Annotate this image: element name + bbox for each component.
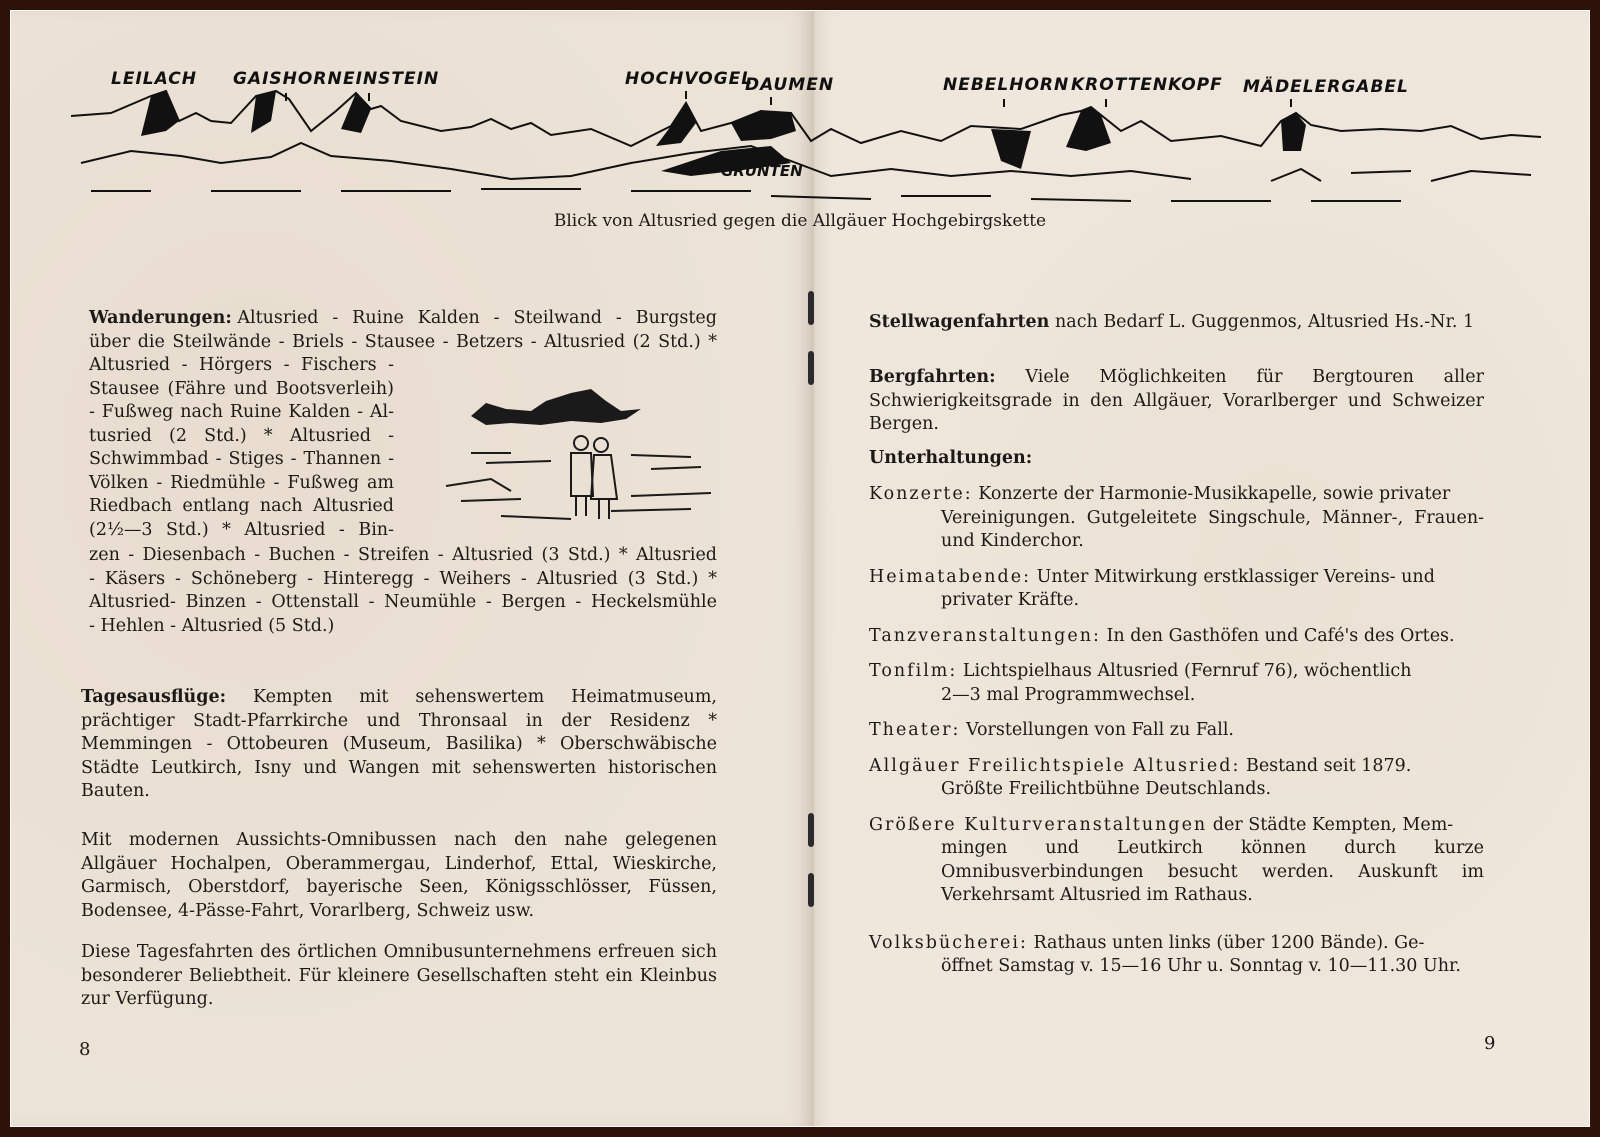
- staple: [808, 351, 814, 385]
- wanderungen-line: Altusried - Hörgers - Fischers -: [89, 354, 394, 378]
- peak-label: KROTTENKOPF: [1071, 75, 1223, 95]
- peak-label: EINSTEIN: [343, 69, 439, 89]
- entry-text: Bestand seit 1879.: [1246, 756, 1411, 776]
- booklet-spread: GRÜNTEN LEILACH GAISHORN EINSTEIN HOCHVO…: [10, 10, 1590, 1127]
- unterhaltungen-heading-text: Unterhaltungen:: [869, 448, 1032, 468]
- entry-text: 2—3 mal Programmwechsel.: [869, 684, 1484, 708]
- entry-text: Konzerte der Harmonie-Musikkapelle, sowi…: [978, 484, 1450, 504]
- wanderungen-heading: Wanderungen:: [89, 308, 232, 328]
- stellwagen-heading: Stellwagenfahrten: [869, 312, 1049, 332]
- entry-label: Konzerte:: [869, 484, 973, 504]
- wanderungen-section: Wanderungen: Altusried - Ruine Kalden - …: [89, 307, 717, 354]
- wanderungen-line: - Käsers - Schöneberg - Hinteregg - Weih…: [89, 568, 717, 592]
- peak-label-gruenten: GRÜNTEN: [721, 161, 803, 180]
- entry-kulturveranstaltungen: Größere Kulturveranstaltungen der Städte…: [869, 814, 1484, 908]
- wanderungen-line: Riedbach entlang nach Altusried: [89, 495, 394, 519]
- wanderungen-line: (2½—3 Std.) * Altusried - Bin-: [89, 519, 394, 543]
- hikers-illustration: [431, 381, 721, 531]
- panorama-caption: Blick von Altusried gegen die Allgäuer H…: [11, 211, 1589, 231]
- unterhaltungen-list: Konzerte: Konzerte der Harmonie-Musikkap…: [869, 483, 1484, 991]
- entry-text: Rathaus unten links (über 1200 Bände). G…: [1033, 933, 1424, 953]
- entry-theater: Theater: Vorstellungen von Fall zu Fall.: [869, 719, 1484, 743]
- tagesausfluege-section: Tagesausflüge: Kempten mit sehenswertem …: [81, 686, 717, 804]
- staple: [808, 873, 814, 907]
- entry-heimatabende: Heimatabende: Unter Mitwirkung erstklass…: [869, 566, 1484, 613]
- entry-freilichtspiele: Allgäuer Freilichtspiele Altusried: Best…: [869, 755, 1484, 802]
- wanderungen-line: Altusried- Binzen - Ottenstall - Neumühl…: [89, 591, 717, 615]
- entry-label: Volksbücherei:: [869, 933, 1028, 953]
- peak-label: NEBELHORN: [943, 75, 1069, 95]
- unterhaltungen-heading: Unterhaltungen:: [869, 447, 1484, 471]
- wanderungen-line: tusried (2 Std.) * Altusried -: [89, 425, 394, 449]
- page-number-right: 9: [1484, 1033, 1495, 1054]
- bergfahrten-section: Bergfahrten: Viele Möglichkeiten für Ber…: [869, 366, 1484, 437]
- wanderungen-line: - Hehlen - Altusried (5 Std.): [89, 615, 717, 639]
- bergfahrten-heading: Bergfahrten:: [869, 367, 996, 387]
- wanderungen-narrow-column: Altusried - Hörgers - Fischers - Stausee…: [89, 354, 394, 542]
- wanderungen-line: Altusried - Ruine Kalden - Steilwand - B…: [237, 307, 717, 331]
- entry-tanzveranstaltungen: Tanzveranstaltungen: In den Gasthöfen un…: [869, 625, 1484, 649]
- entry-text: privater Kräfte.: [869, 589, 1484, 613]
- entry-text: mingen und Leutkirch können durch kurze …: [869, 837, 1484, 908]
- tagesausfluege-heading: Tagesausflüge:: [81, 687, 226, 707]
- entry-text: Vorstellungen von Fall zu Fall.: [966, 720, 1234, 740]
- entry-text: Unter Mitwirkung erstklassiger Vereins- …: [1037, 567, 1435, 587]
- entry-label: Theater:: [869, 720, 960, 740]
- entry-label: Tonfilm:: [869, 661, 957, 681]
- entry-volksbuecherei: Volksbücherei: Rathaus unten links (über…: [869, 932, 1484, 979]
- entry-tonfilm: Tonfilm: Lichtspielhaus Altusried (Fernr…: [869, 660, 1484, 707]
- wanderungen-wide-lines: zen - Diesenbach - Buchen - Streifen - A…: [89, 544, 717, 638]
- wanderungen-line: Schwimmbad - Stiges - Thannen -: [89, 448, 394, 472]
- entry-text: In den Gasthöfen und Café's des Ortes.: [1106, 626, 1454, 646]
- entry-text: Vereinigungen. Gutgeleitete Singschule, …: [869, 507, 1484, 554]
- entry-text: öffnet Samstag v. 15—16 Uhr u. Sonntag v…: [869, 955, 1484, 979]
- peak-label: LEILACH: [111, 69, 197, 89]
- entry-label: Größere Kulturveranstaltungen: [869, 815, 1207, 835]
- stellwagen-section: Stellwagenfahrten nach Bedarf L. Guggenm…: [869, 311, 1484, 335]
- entry-label: Allgäuer Freilichtspiele Altusried:: [869, 756, 1240, 776]
- entry-label: Heimatabende:: [869, 567, 1031, 587]
- entry-text: Größte Freilichtbühne Deutschlands.: [869, 778, 1484, 802]
- staple: [808, 813, 814, 847]
- page-number-left: 8: [79, 1039, 90, 1060]
- wanderungen-line: Stausee (Fähre und Bootsverleih): [89, 378, 394, 402]
- tagesfahrten-paragraph: Diese Tagesfahrten des örtlichen Omnibus…: [81, 941, 717, 1012]
- wanderungen-line: Völken - Riedmühle - Fußweg am: [89, 472, 394, 496]
- staple: [808, 291, 814, 325]
- entry-konzerte: Konzerte: Konzerte der Harmonie-Musikkap…: [869, 483, 1484, 554]
- stellwagen-text: nach Bedarf L. Guggenmos, Altusried Hs.-…: [1055, 312, 1474, 332]
- peak-label: HOCHVOGEL: [625, 69, 753, 89]
- entry-text: Lichtspielhaus Altusried (Fernruf 76), w…: [963, 661, 1412, 681]
- mountain-panorama-illustration: GRÜNTEN LEILACH GAISHORN EINSTEIN HOCHVO…: [71, 51, 1551, 211]
- wanderungen-line: - Fußweg nach Ruine Kalden - Al-: [89, 401, 394, 425]
- entry-text: der Städte Kempten, Mem-: [1213, 815, 1453, 835]
- wanderungen-line: zen - Diesenbach - Buchen - Streifen - A…: [89, 544, 717, 568]
- peak-label: GAISHORN: [233, 69, 343, 89]
- peak-label: DAUMEN: [745, 75, 834, 95]
- peak-label: MÄDELERGABEL: [1243, 77, 1409, 97]
- entry-label: Tanzveranstaltungen:: [869, 626, 1101, 646]
- omnibus-paragraph: Mit modernen Aussichts-Omnibussen nach d…: [81, 829, 717, 923]
- wanderungen-line: über die Steilwände - Briels - Stausee -…: [89, 331, 717, 355]
